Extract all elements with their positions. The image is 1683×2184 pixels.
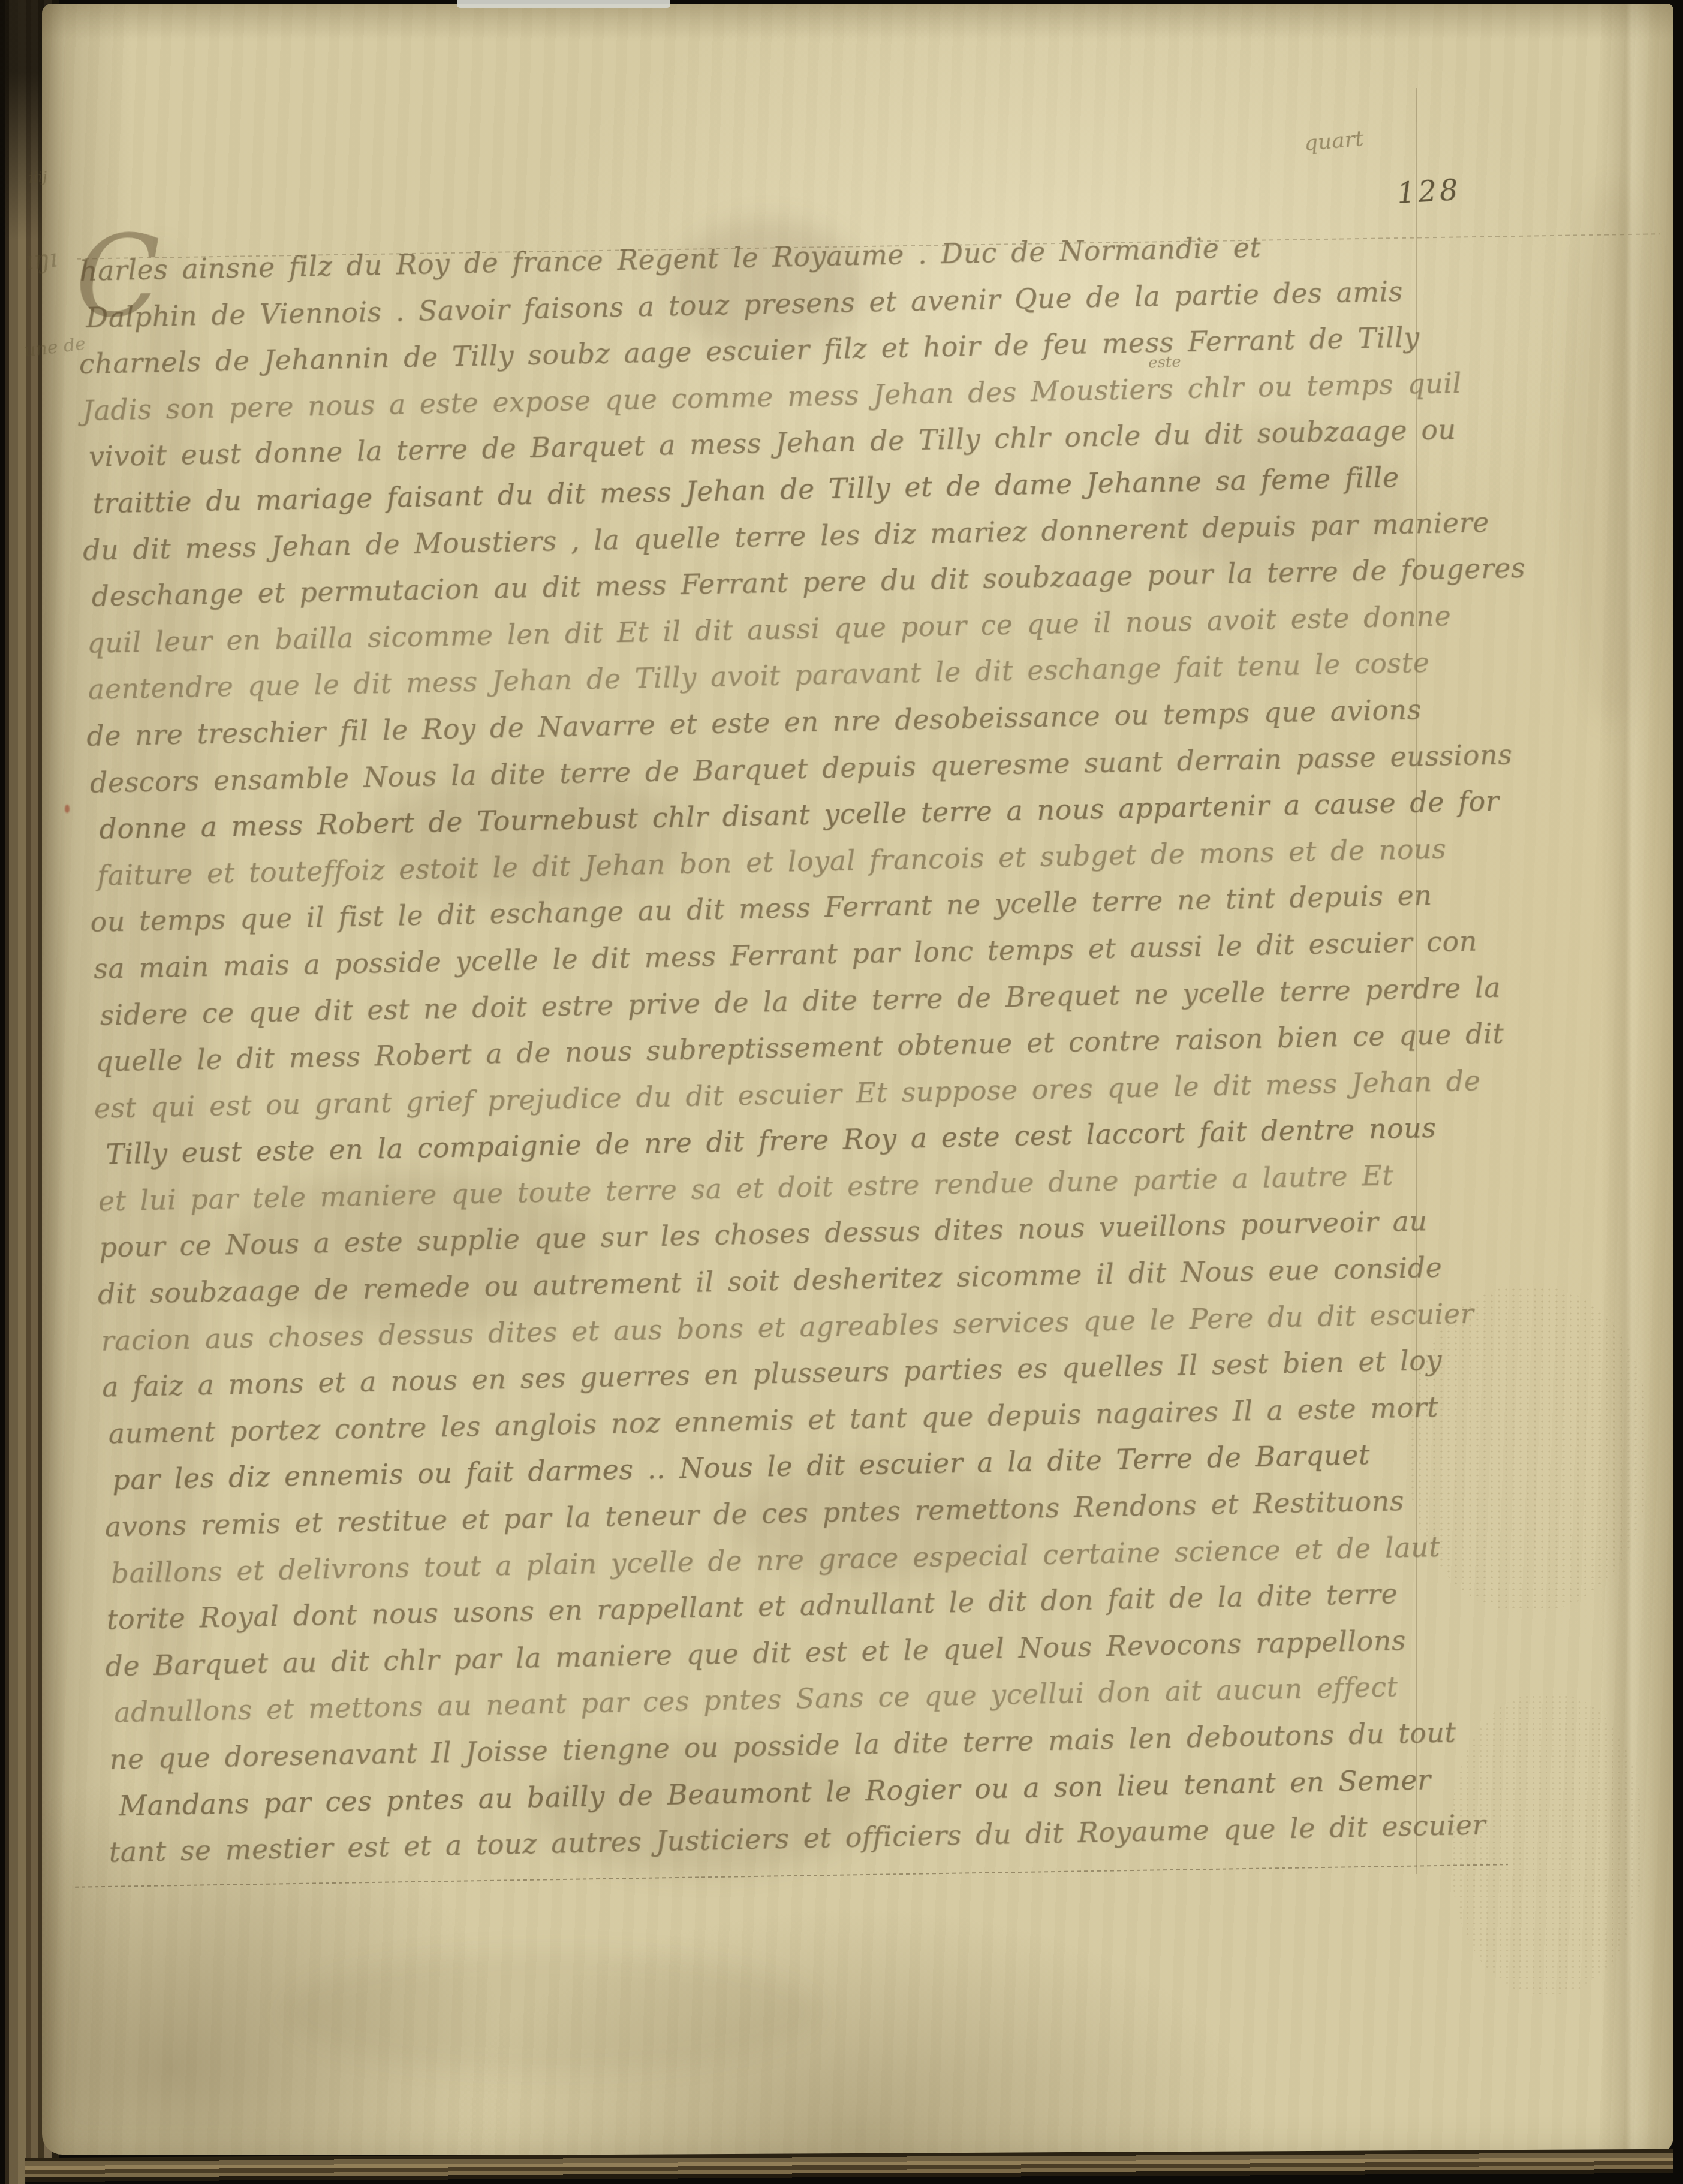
margin-note: iiij [28, 168, 47, 186]
parchment-follicle-texture [1451, 1694, 1643, 1994]
facing-page-sliver [457, 0, 670, 8]
stain [1565, 183, 1661, 723]
manuscript-photo: quart 128 este iiij ıŋı une de C harles … [0, 0, 1683, 2184]
margin-note: ıŋı [24, 243, 59, 275]
folio-number: 128 [1396, 173, 1462, 210]
charter-text: C harles ainsne filz du Roy de france Re… [79, 221, 1455, 1876]
parchment-page: quart 128 este iiij ıŋı une de C harles … [42, 4, 1673, 2155]
stain [282, 1952, 821, 2072]
ink-speck [65, 805, 70, 813]
quire-annotation: quart [1303, 126, 1365, 156]
